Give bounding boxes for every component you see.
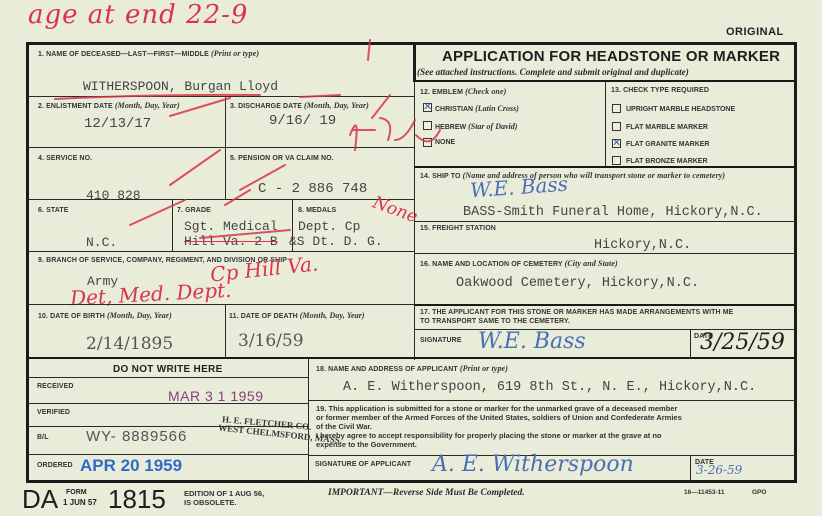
label-transport-line2: TO TRANSPORT SAME TO THE CEMETERY. xyxy=(420,318,570,325)
divider-after-6 xyxy=(29,251,415,252)
type-flat-bronze-checkbox[interactable] xyxy=(612,156,621,165)
divider-10-11 xyxy=(225,304,226,358)
label-transporter-signature: SIGNATURE xyxy=(420,337,462,344)
handwritten-age-annotation: age at end 22-9 xyxy=(28,0,248,30)
gpo-mark: GPO xyxy=(752,489,766,496)
label-received: RECEIVED xyxy=(37,383,74,390)
divider-after-12 xyxy=(414,166,797,168)
label-freight-station: 15. FREIGHT STATION xyxy=(420,225,496,232)
divider-office-use-top xyxy=(26,357,797,359)
label-date-of-death: 11. DATE OF DEATH (Month, Day, Year) xyxy=(229,311,365,320)
cemetery-value: Oakwood Cemetery, Hickory,N.C. xyxy=(456,276,699,291)
label-medals: 8. MEDALS xyxy=(298,207,336,214)
divider-after-9 xyxy=(29,304,415,305)
emblem-hebrew-label: HEBREW (Star of David) xyxy=(435,122,517,131)
divider-bl xyxy=(29,454,309,455)
type-flat-granite-checkbox[interactable] xyxy=(612,139,621,148)
applicant-name-address-value: A. E. Witherspoon, 619 8th St., N. E., H… xyxy=(343,380,756,395)
grade-value-line1: Sgt. Medical xyxy=(184,219,278,234)
pension-claim-no-value: C - 2 886 748 xyxy=(258,181,367,197)
date-of-birth-value: 2/14/1895 xyxy=(86,334,173,354)
divider-after-18 xyxy=(308,400,796,401)
form-title: APPLICATION FOR HEADSTONE OR MARKER xyxy=(442,48,780,65)
edition-line2: IS OBSOLETE. xyxy=(184,498,237,507)
label-ship-to: 14. SHIP TO (Name and address of person … xyxy=(420,171,725,180)
emblem-none-label: NONE xyxy=(435,139,455,146)
label-ordered: ORDERED xyxy=(37,462,73,469)
type-upright-marble-label: UPRIGHT MARBLE HEADSTONE xyxy=(626,106,735,113)
enlistment-date-value: 12/13/17 xyxy=(84,116,151,132)
divider-after-4 xyxy=(29,199,415,200)
divider-6-7 xyxy=(172,199,173,251)
label-pension-claim-no: 5. PENSION OR VA CLAIM NO. xyxy=(230,155,334,162)
form-prefix: DA xyxy=(22,486,58,512)
divider-office-heading xyxy=(29,377,309,378)
label-verified: VERIFIED xyxy=(37,409,70,416)
freight-station-value: Hickory,N.C. xyxy=(594,238,691,253)
type-flat-marble-label: FLAT MARBLE MARKER xyxy=(626,124,708,131)
medals-value-line1: Dept. Cp xyxy=(298,219,360,234)
label-cemetery: 16. NAME AND LOCATION OF CEMETERY (City … xyxy=(420,259,618,268)
label-emblem: 12. EMBLEM (Check one) xyxy=(420,87,506,96)
divider-verified xyxy=(29,426,309,427)
type-flat-granite-label: FLAT GRANITE MARKER xyxy=(626,141,709,148)
form-border-left xyxy=(26,42,29,483)
form-border-right xyxy=(794,42,797,483)
divider-12-13 xyxy=(605,82,606,167)
divider-after-14 xyxy=(414,221,796,222)
form-word: FORM xyxy=(66,489,87,496)
print-code: 16—11453-11 xyxy=(684,489,724,496)
form-number: 1815 xyxy=(108,486,166,512)
discharge-date-value: 9/16/ 19 xyxy=(269,113,336,129)
emblem-christian-label: CHRISTIAN (Latin Cross) xyxy=(435,104,519,113)
divider-received xyxy=(29,403,309,404)
form-date: 1 JUN 57 xyxy=(63,498,97,507)
emblem-hebrew-checkbox[interactable] xyxy=(423,121,432,130)
type-flat-bronze-label: FLAT BRONZE MARKER xyxy=(626,158,708,165)
title-box-left xyxy=(413,42,416,82)
ordered-stamp: APR 20 1959 xyxy=(80,456,182,476)
divider-19-date xyxy=(690,455,691,481)
divider-17-date xyxy=(690,329,691,358)
important-notice: IMPORTANT—Reverse Side Must Be Completed… xyxy=(328,488,525,498)
applicant-date: 3-26-59 xyxy=(696,463,742,477)
divider-after-16 xyxy=(414,304,797,306)
label-grade: 7. GRADE xyxy=(177,207,211,214)
grade-value-line2: Hill Va. 2 B xyxy=(184,234,278,249)
received-stamp: MAR 3 1 1959 xyxy=(168,388,264,404)
copy-label: ORIGINAL xyxy=(726,26,784,38)
name-of-deceased-value: WITHERSPOON, Burgan Lloyd xyxy=(83,79,278,94)
edition-line1: EDITION OF 1 AUG 56, xyxy=(184,489,264,498)
label-discharge-date: 3. DISCHARGE DATE (Month, Day, Year) xyxy=(230,101,369,110)
label-state: 6. STATE xyxy=(38,207,69,214)
bl-value: WY- 8889566 xyxy=(86,428,187,445)
form-border-bottom xyxy=(26,480,797,483)
date-of-death-value: 3/16/59 xyxy=(238,331,304,351)
label-bl: B/L xyxy=(37,434,49,441)
state-value: N.C. xyxy=(86,235,117,250)
emblem-none-checkbox[interactable] xyxy=(423,138,432,147)
office-use-heading: DO NOT WRITE HERE xyxy=(113,364,223,375)
label-check-type: 13. CHECK TYPE REQUIRED xyxy=(611,87,709,94)
medals-value-line2: &S Dt. D. G. xyxy=(289,234,383,249)
applicant-signature: A. E. Witherspoon xyxy=(432,452,634,477)
form-border-top xyxy=(26,42,797,45)
divider-after-15 xyxy=(414,253,796,254)
form-subtitle: (See attached instructions. Complete and… xyxy=(417,67,689,77)
label-transport-line1: 17. THE APPLICANT FOR THIS STONE OR MARK… xyxy=(420,309,733,316)
label-enlistment-date: 2. ENLISTMENT DATE (Month, Day, Year) xyxy=(38,101,180,110)
label-date-of-birth: 10. DATE OF BIRTH (Month, Day, Year) xyxy=(38,311,172,320)
medals-handwritten-none: None xyxy=(370,193,420,228)
emblem-christian-checkbox[interactable] xyxy=(423,103,432,112)
transporter-signature: W.E. Bass xyxy=(478,329,586,354)
label-applicant-name-address: 18. NAME AND ADDRESS OF APPLICANT (Print… xyxy=(316,364,508,373)
label-applicant-signature: SIGNATURE OF APPLICANT xyxy=(315,461,411,468)
transporter-date: 3/25/59 xyxy=(700,330,785,355)
ship-to-value: BASS-Smith Funeral Home, Hickory,N.C. xyxy=(463,205,763,220)
certification-text: 19. This application is submitted for a … xyxy=(316,404,682,449)
divider-after-1 xyxy=(29,96,415,97)
divider-after-2 xyxy=(29,147,415,148)
service-no-value: 410 828 xyxy=(86,188,141,203)
label-service-no: 4. SERVICE NO. xyxy=(38,155,92,162)
label-name-of-deceased: 1. NAME OF DECEASED—LAST—FIRST—MIDDLE (P… xyxy=(38,49,259,58)
type-upright-marble-checkbox[interactable] xyxy=(612,104,621,113)
type-flat-marble-checkbox[interactable] xyxy=(612,122,621,131)
